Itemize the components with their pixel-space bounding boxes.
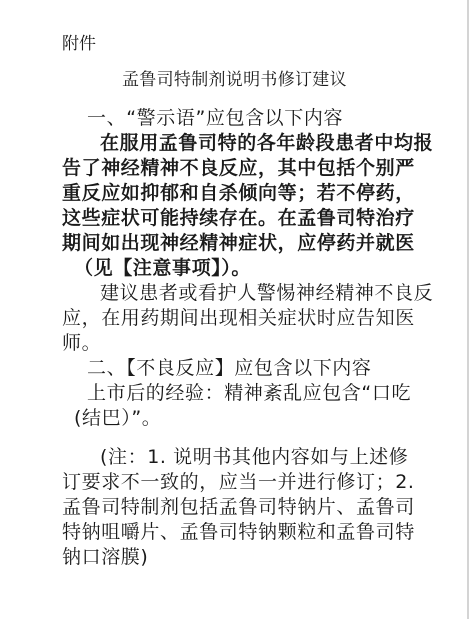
advice-line: 师。: [62, 331, 407, 356]
note-line: 钠口溶膜): [62, 545, 407, 570]
warning-line: 在服用孟鲁司特的各年龄段患者中均报: [62, 131, 407, 156]
document-body: 附件 孟鲁司特制剂说明书修订建议 一、“警示语”应包含以下内容 在服用孟鲁司特的…: [62, 33, 407, 570]
note-paragraph: (注：1. 说明书其他内容如与上述修 订要求不一致的，应当一并进行修订；2. 孟…: [62, 445, 407, 570]
advice-line: 应，在用药期间出现相关症状时应告知医: [62, 306, 407, 331]
section-1: 一、“警示语”应包含以下内容 在服用孟鲁司特的各年龄段患者中均报 告了神经精神不…: [62, 106, 407, 356]
attachment-label: 附件: [62, 33, 407, 55]
warning-line: 这些症状可能持续存在。在孟鲁司特治疗: [62, 206, 407, 231]
warning-line: 重反应如抑郁和自杀倾向等；若不停药，: [62, 181, 407, 206]
section-1-heading: 一、“警示语”应包含以下内容: [62, 106, 407, 131]
spacer: [62, 431, 407, 445]
note-line: (注：1. 说明书其他内容如与上述修: [62, 445, 407, 470]
note-line: 订要求不一致的，应当一并进行修订；2.: [62, 470, 407, 495]
section-2-line: 上市后的经验：精神紊乱应包含“口吃: [62, 381, 407, 406]
note-line: 特钠咀嚼片、孟鲁司特钠颗粒和孟鲁司特: [62, 520, 407, 545]
warning-line: 期间如出现神经精神症状，应停药并就医: [62, 231, 407, 256]
section-2-line: (结巴）”。: [62, 406, 407, 431]
advice-line: 建议患者或看护人警惕神经精神不良反: [62, 281, 407, 306]
advice-paragraph: 建议患者或看护人警惕神经精神不良反 应，在用药期间出现相关症状时应告知医 师。: [62, 281, 407, 356]
warning-paragraph: 在服用孟鲁司特的各年龄段患者中均报 告了神经精神不良反应，其中包括个别严 重反应…: [62, 131, 407, 281]
warning-line: 告了神经精神不良反应，其中包括个别严: [62, 156, 407, 181]
section-2-heading: 二、【不良反应】应包含以下内容: [62, 356, 407, 381]
warning-line: （见【注意事项】）。: [62, 256, 407, 281]
document-title: 孟鲁司特制剂说明书修订建议: [62, 69, 407, 91]
section-2: 二、【不良反应】应包含以下内容 上市后的经验：精神紊乱应包含“口吃 (结巴）”。: [62, 356, 407, 431]
note-line: 孟鲁司特制剂包括孟鲁司特钠片、孟鲁司: [62, 495, 407, 520]
